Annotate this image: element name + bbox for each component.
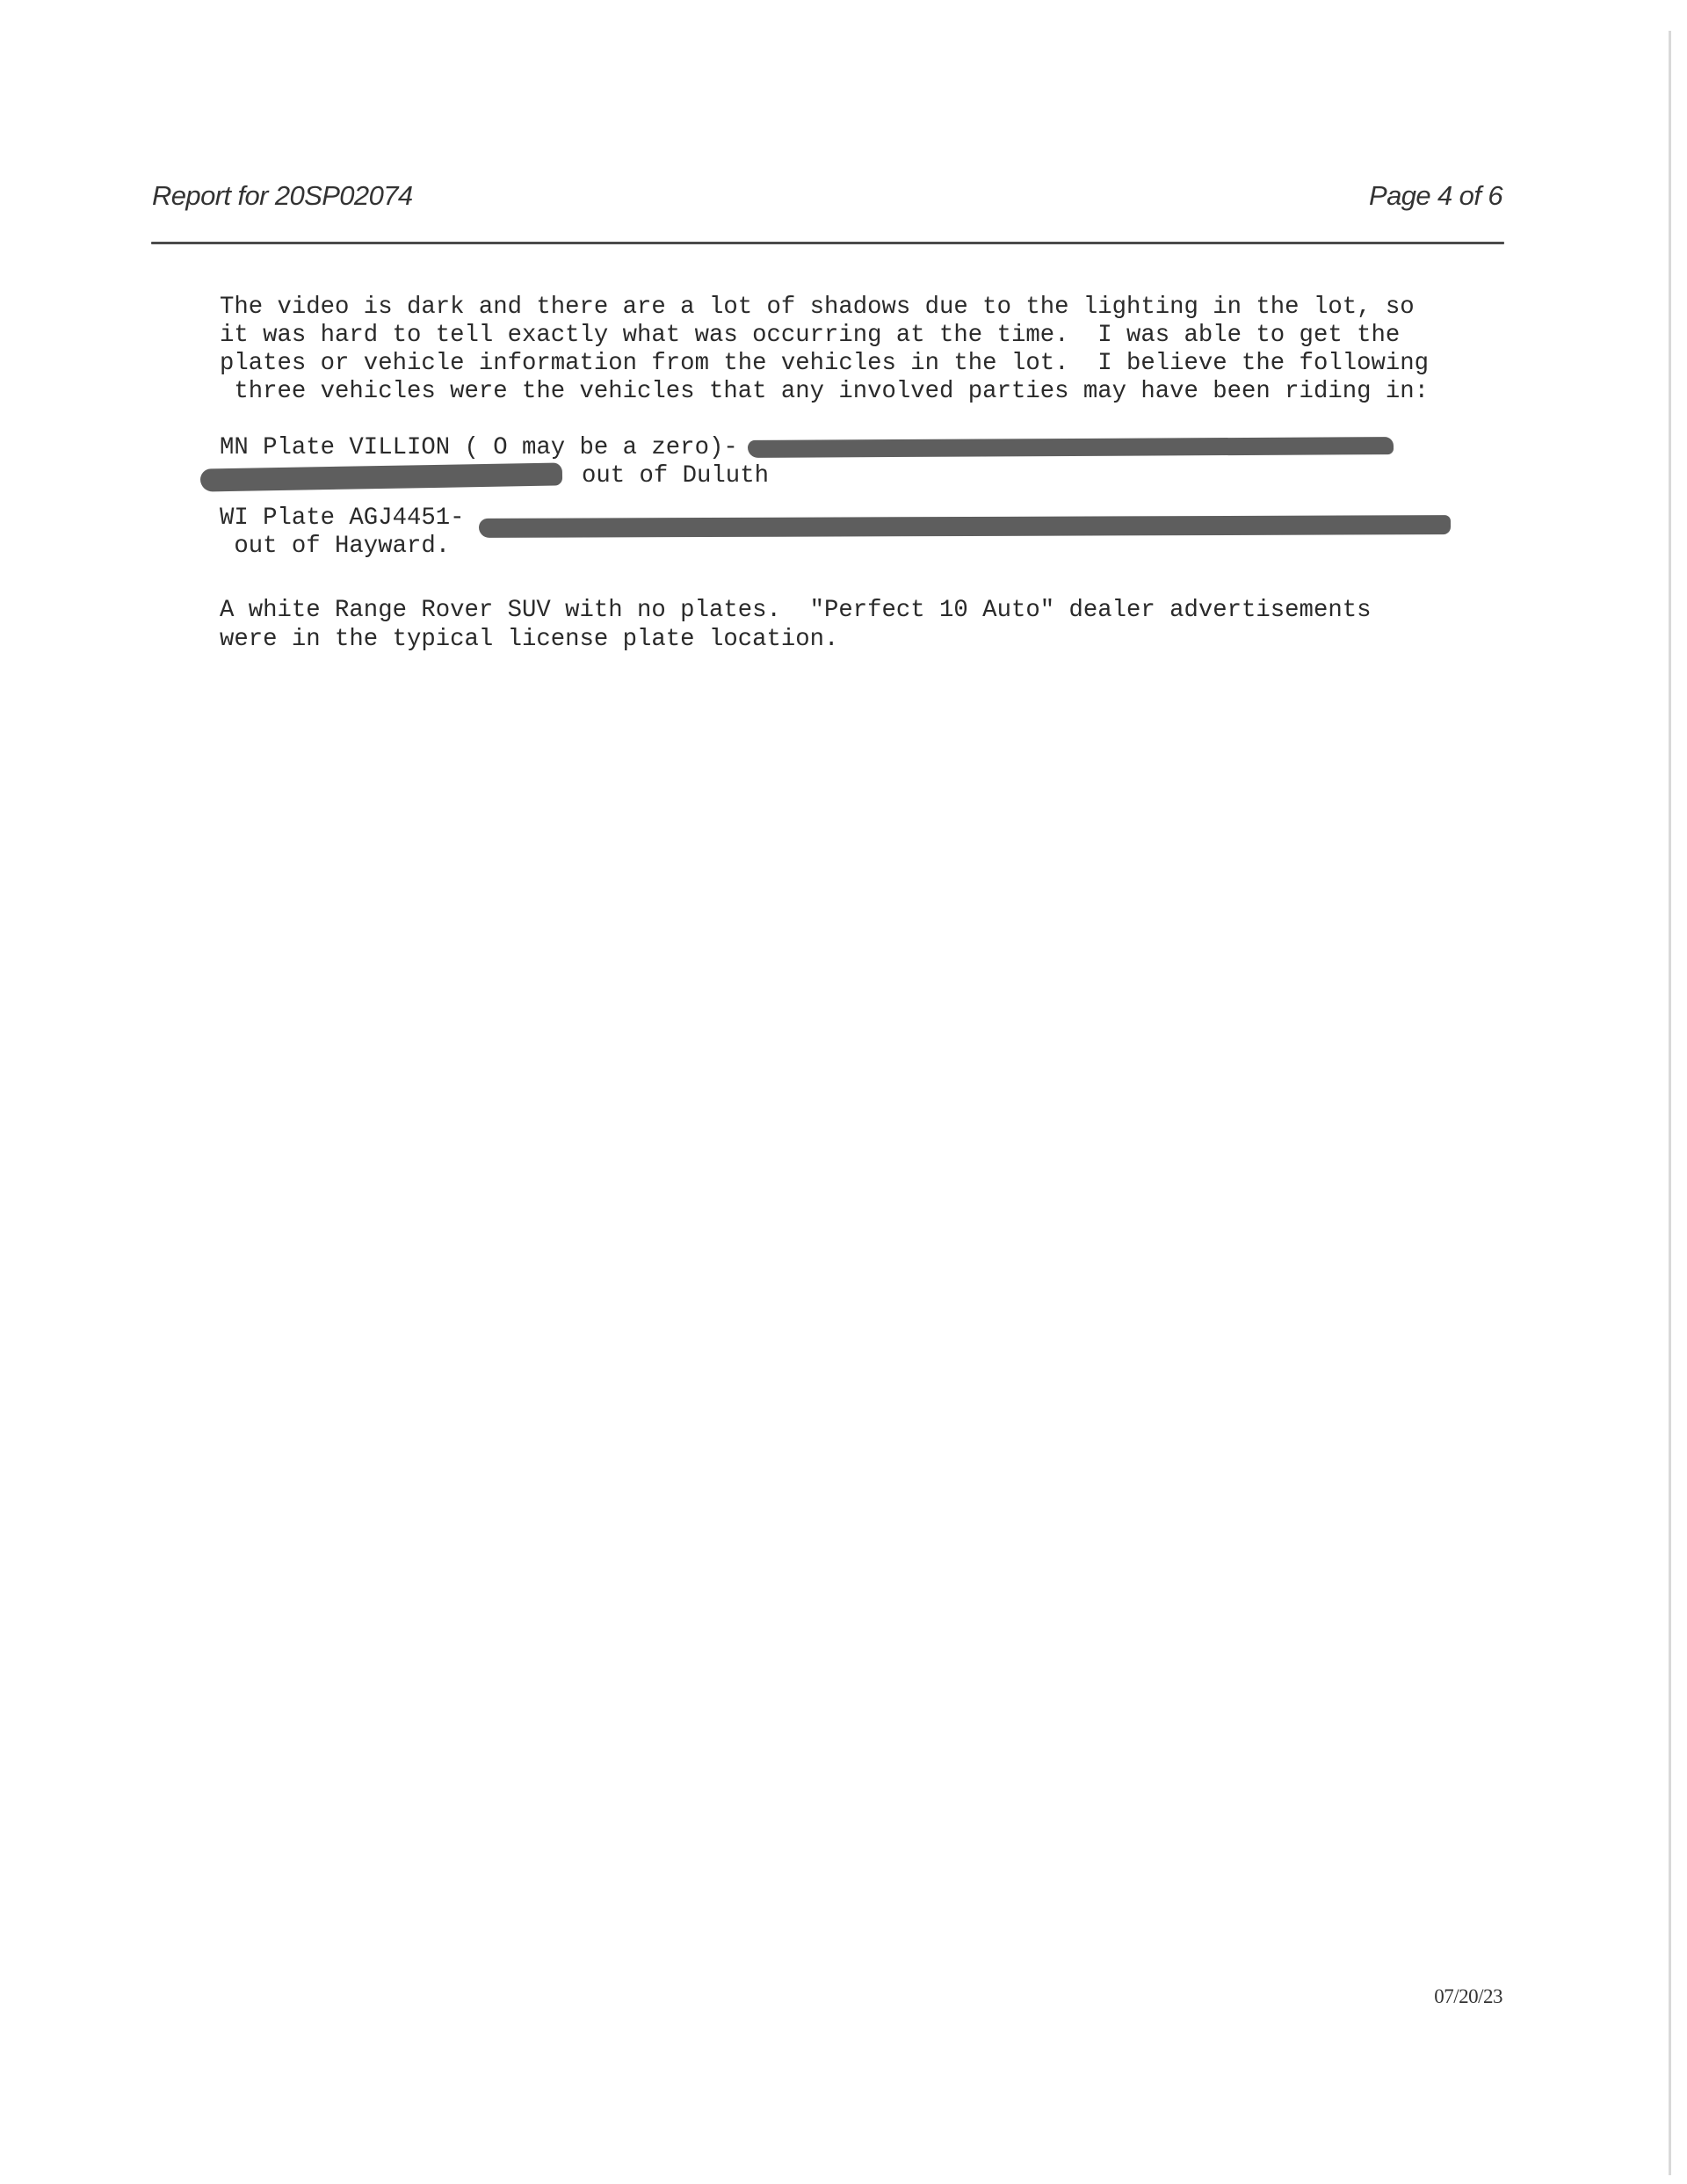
redaction-bar: [748, 437, 1394, 458]
paragraph-line-1: The video is dark and there are a lot of…: [220, 294, 1415, 322]
report-title: Report for 20SP02074: [152, 178, 413, 214]
paragraph-line-3: plates or vehicle information from the v…: [220, 350, 1429, 378]
vehicle-wi-location: out of Hayward.: [220, 533, 450, 561]
vehicle-mn-line-1: MN Plate VILLION ( O may be a zero)-: [220, 434, 752, 462]
header-divider: [151, 242, 1504, 244]
vehicle-mn-location: out of Duluth: [582, 462, 769, 490]
redaction-bar: [479, 515, 1451, 538]
paragraph-line-4: three vehicles were the vehicles that an…: [220, 378, 1429, 406]
paragraph3-line-2: were in the typical license plate locati…: [220, 626, 838, 654]
paragraph-line-2: it was hard to tell exactly what was occ…: [220, 322, 1400, 350]
vehicle-wi-line-1: WI Plate AGJ4451-: [220, 504, 479, 533]
page-indicator: Page 4 of 6: [1369, 178, 1502, 214]
footer-date: 07/20/23: [1434, 1984, 1502, 2009]
redaction-bar: [200, 462, 562, 491]
paragraph3-line-1: A white Range Rover SUV with no plates. …: [220, 597, 1371, 625]
page-edge-line: [1669, 31, 1671, 2175]
